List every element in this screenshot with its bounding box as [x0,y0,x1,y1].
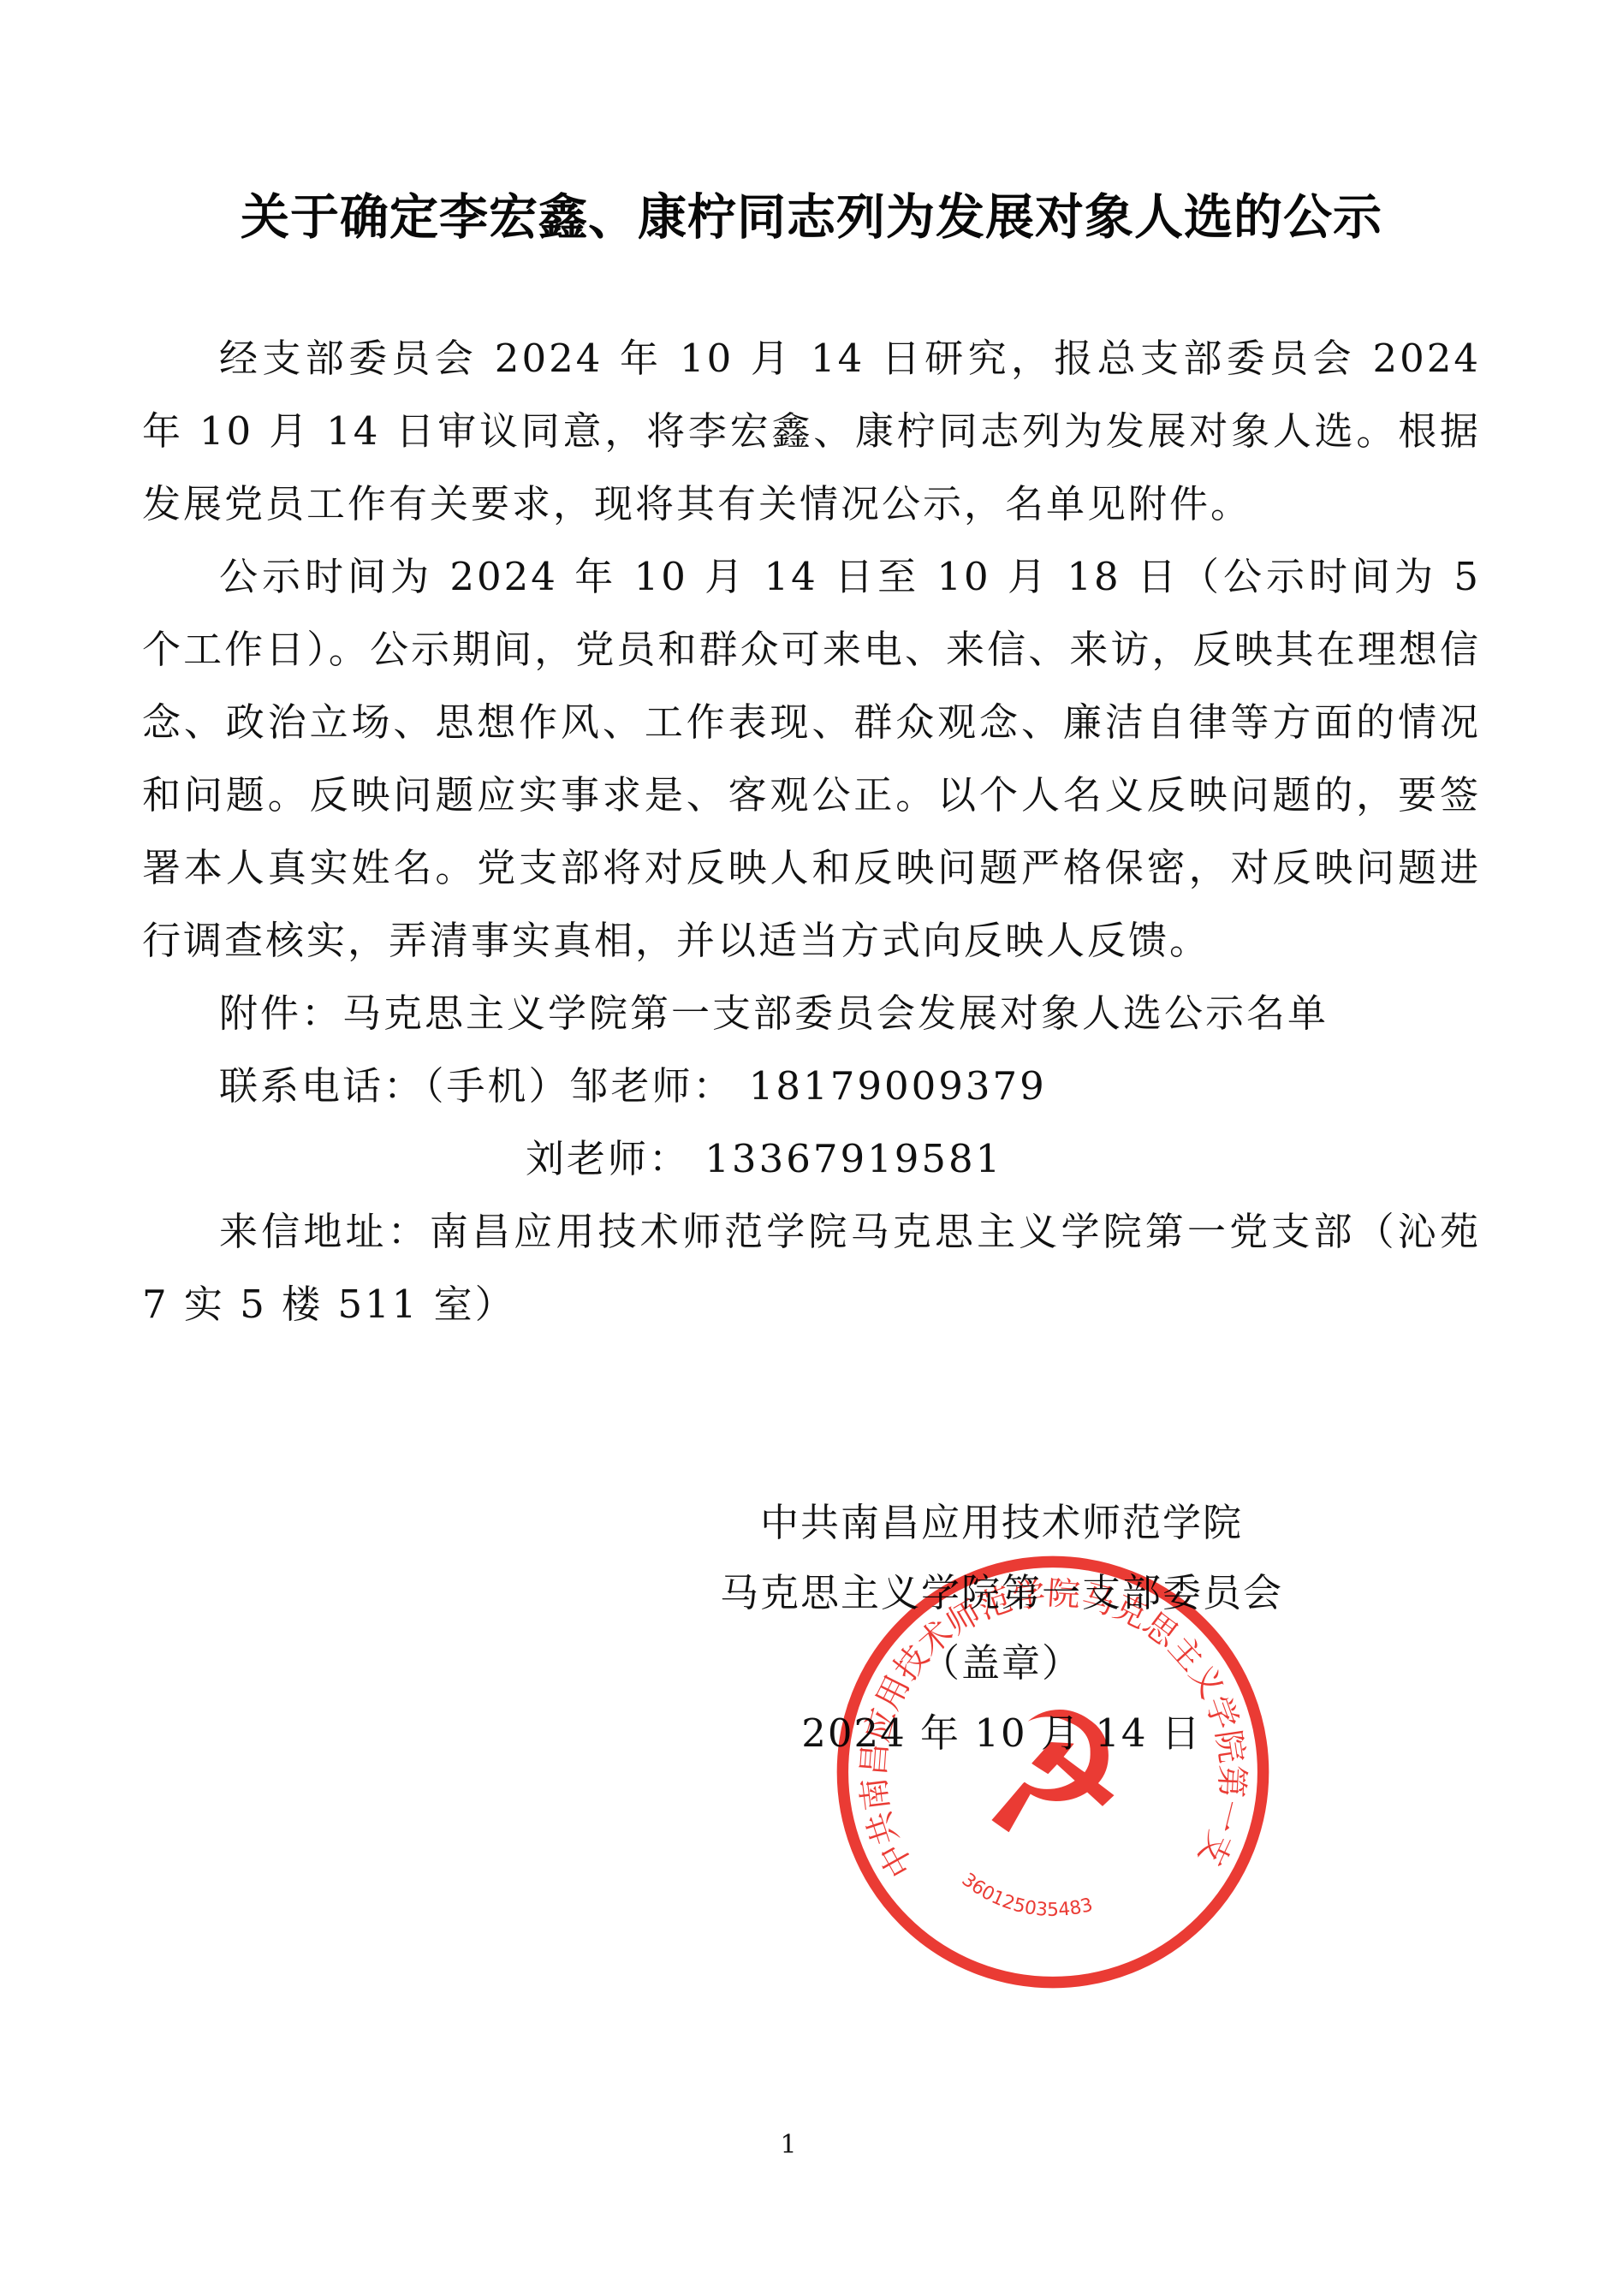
document-title: 关于确定李宏鑫、康柠同志列为发展对象人选的公示 [142,178,1481,248]
contact-phone-line-1: 联系电话：（手机）邹老师： 18179009379 [142,1050,1481,1122]
signature-seal-note: （盖章） [693,1628,1310,1698]
signature-block: 中共南昌应用技术师范学院 马克思主义学院第一支部委员会 （盖章） 2024 年 … [693,1488,1310,1769]
signature-date: 2024 年 10 月 14 日 [693,1698,1310,1769]
page-number: 1 [0,2130,1577,2160]
contact-address-line: 来信地址：南昌应用技术师范学院马克思主义学院第一党支部（沁苑 7 实 5 楼 5… [142,1195,1481,1341]
paragraph-publicity-period: 公示时间为 2024 年 10 月 14 日至 10 月 18 日（公示时间为 … [142,540,1481,977]
signature-org-line-2: 马克思主义学院第一支部委员会 [693,1558,1310,1628]
attachment-line: 附件：马克思主义学院第一支部委员会发展对象人选公示名单 [142,977,1481,1050]
seal-serial-number: 360125035483 [958,1869,1096,1921]
signature-org-line-1: 中共南昌应用技术师范学院 [693,1488,1310,1558]
document-page: 关于确定李宏鑫、康柠同志列为发展对象人选的公示 经支部委员会 2024 年 10… [0,0,1623,2296]
contact-phone-line-2: 刘老师： 13367919581 [142,1122,1481,1195]
document-content: 关于确定李宏鑫、康柠同志列为发展对象人选的公示 经支部委员会 2024 年 10… [0,178,1623,1769]
paragraph-approval: 经支部委员会 2024 年 10 月 14 日研究，报总支部委员会 2024 年… [142,322,1481,540]
